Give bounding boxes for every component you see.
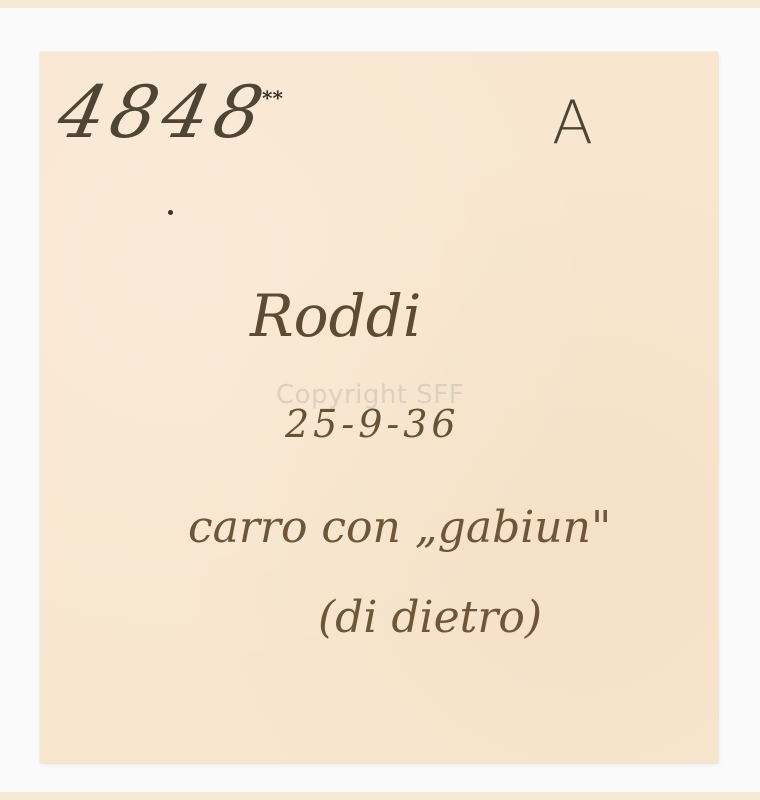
ink-dot	[168, 210, 173, 215]
series-letter: A	[552, 88, 593, 158]
note: (di dietro)	[318, 592, 542, 643]
place-name: Roddi	[250, 282, 421, 350]
scan-edge-bottom	[0, 792, 760, 800]
catalog-mark: **	[262, 86, 283, 110]
date: 25-9-36	[285, 402, 460, 446]
catalog-number: 4848	[51, 70, 276, 154]
scan-edge-top	[0, 0, 760, 8]
description: carro con „gabiun"	[188, 502, 611, 553]
